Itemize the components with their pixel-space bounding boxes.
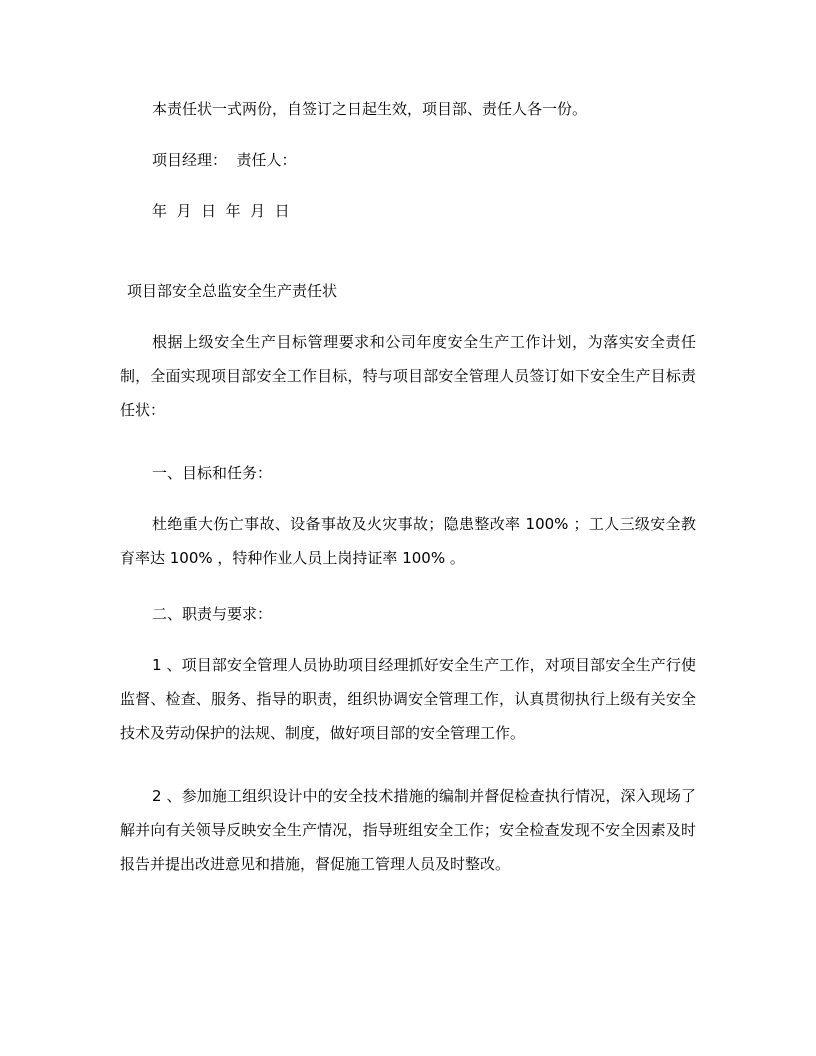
intro-paragraph: 根据上级安全生产目标管理要求和公司年度安全生产工作计划，为落实安全责任制，全面实… <box>120 325 696 427</box>
heading-goals-and-tasks: 一、目标和任务： <box>120 456 696 490</box>
signature-line: 项目经理： 责任人： <box>120 143 696 177</box>
copies-statement: 本责任状一式两份，自签订之日起生效，项目部、责任人各一份。 <box>120 92 696 126</box>
goals-paragraph: 杜绝重大伤亡事故、设备事故及火灾事故；隐患整改率 100% ；工人三级安全教育率… <box>120 507 696 575</box>
document-page: 本责任状一式两份，自签订之日起生效，项目部、责任人各一份。 项目经理： 责任人：… <box>0 0 816 1056</box>
duty-item-1: 1 、项目部安全管理人员协助项目经理抓好安全生产工作，对项目部安全生产行使监督、… <box>120 648 696 750</box>
date-line: 年 月 日 年 月 日 <box>120 194 696 228</box>
duty-item-2: 2 、参加施工组织设计中的安全技术措施的编制并督促检查执行情况，深入现场了解并向… <box>120 779 696 881</box>
heading-duties-and-requirements: 二、职责与要求： <box>120 597 696 631</box>
section-title: 项目部安全总监安全生产责任状 <box>127 274 703 308</box>
